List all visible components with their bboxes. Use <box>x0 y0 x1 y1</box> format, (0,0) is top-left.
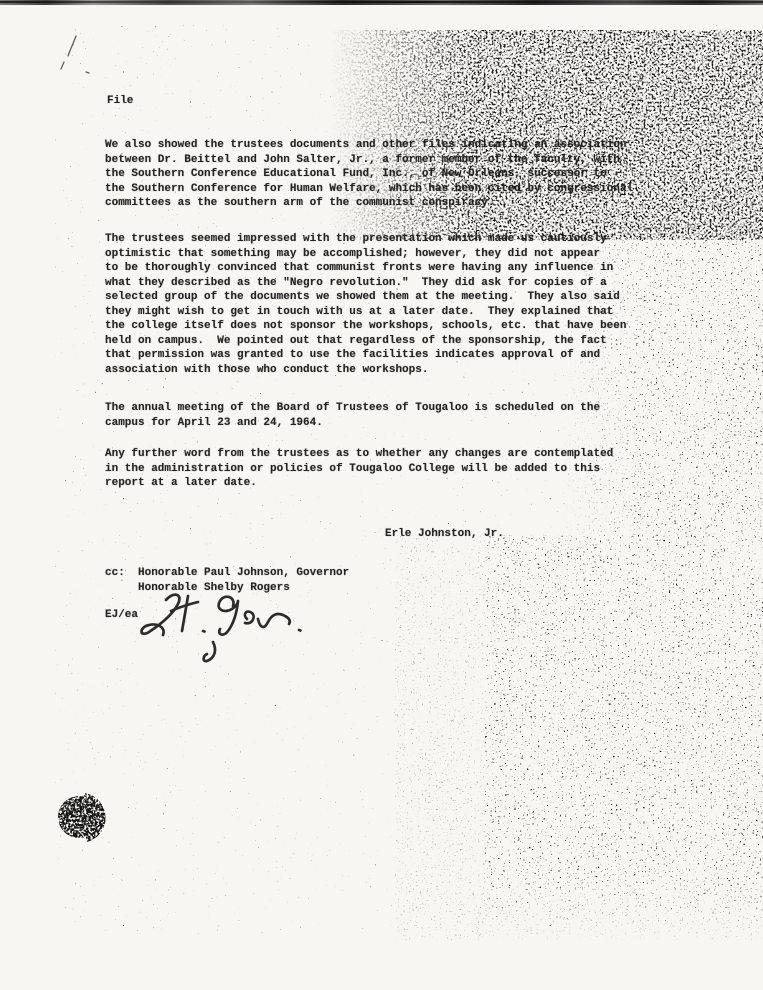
handwriting-lt-gov <box>142 595 301 661</box>
typist-initials: EJ/ea <box>105 608 138 623</box>
speckle-noise-bottom-right <box>395 535 763 940</box>
body-paragraph: The annual meeting of the Board of Trust… <box>105 401 600 430</box>
scanner-edge-artifact-line <box>0 1 763 3</box>
file-label: File <box>107 94 133 109</box>
body-paragraph: The trustees seemed impressed with the p… <box>105 232 627 377</box>
ink-blot <box>58 796 102 838</box>
cc-list: cc: Honorable Paul Johnson, Governor Hon… <box>105 566 349 595</box>
body-paragraph: We also showed the trustees documents an… <box>105 138 633 211</box>
scanned-document-page: File We also showed the trustees documen… <box>0 0 763 990</box>
body-paragraph: Any further word from the trustees as to… <box>105 447 613 491</box>
signature-name: Erle Johnston, Jr. <box>385 527 504 542</box>
stray-pen-mark <box>61 36 89 73</box>
